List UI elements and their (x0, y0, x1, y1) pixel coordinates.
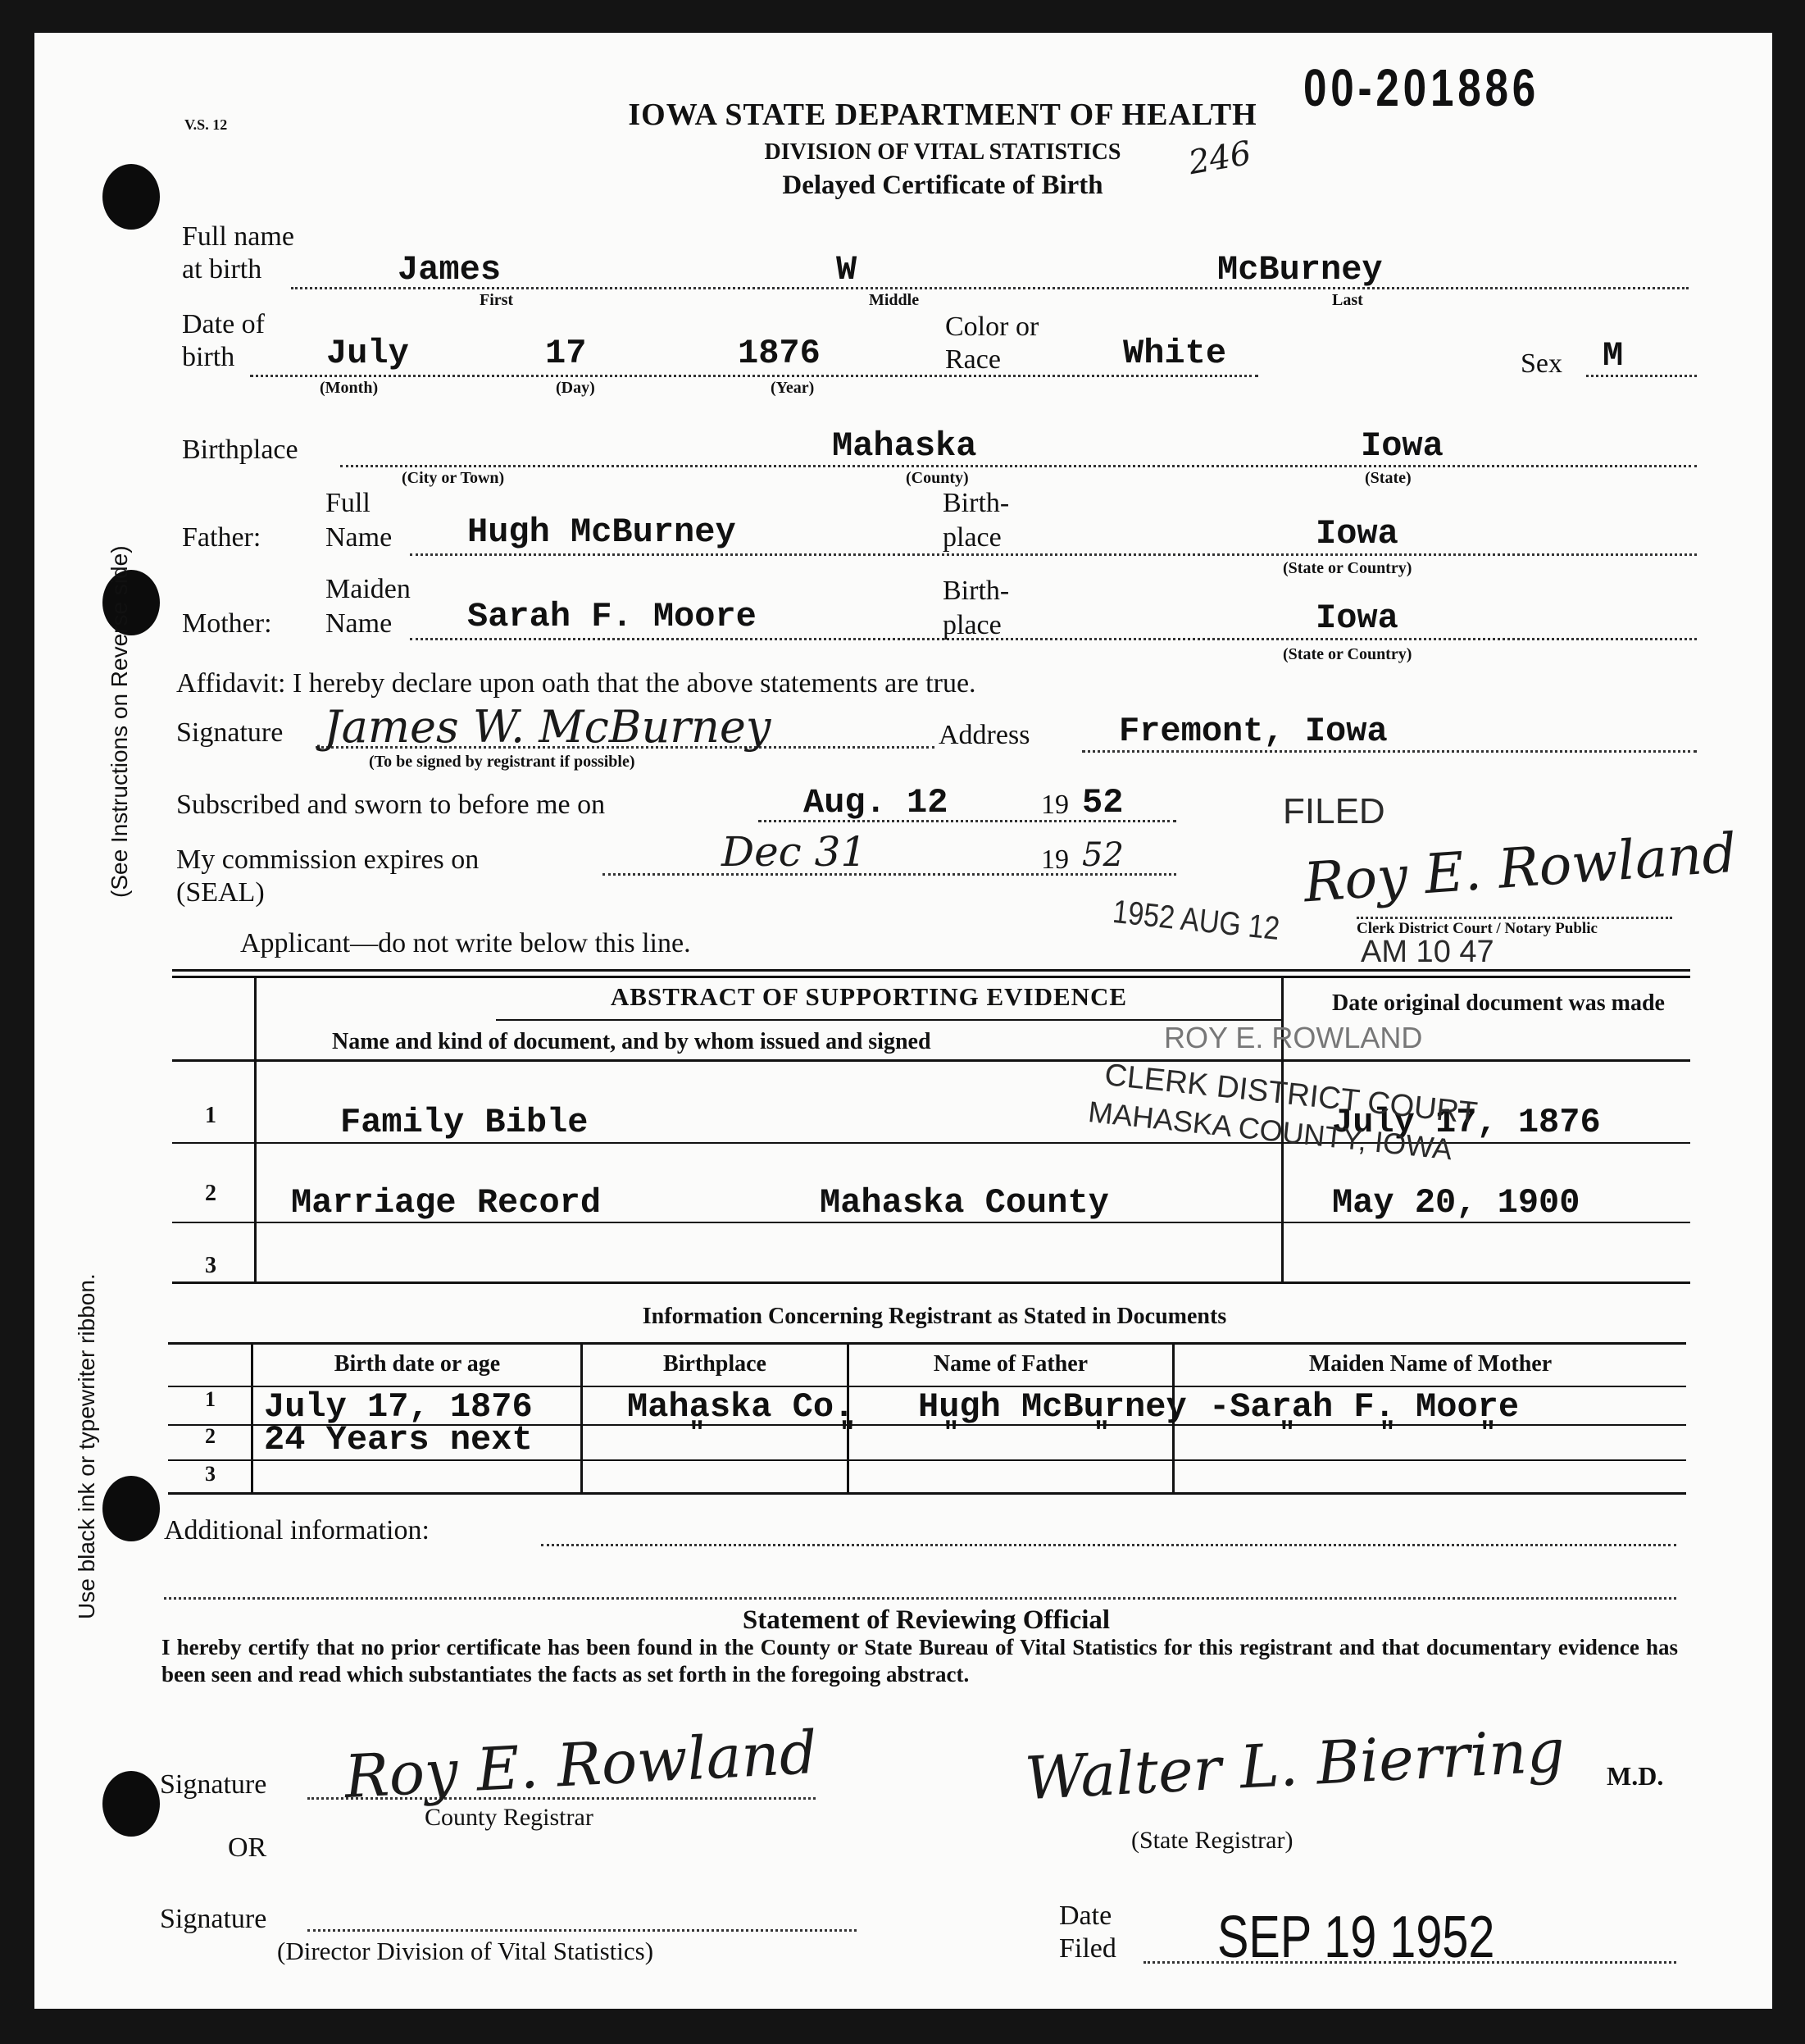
state-caption: (State) (1365, 469, 1412, 488)
first-caption: First (480, 291, 513, 310)
first-name-value: James (398, 250, 501, 289)
registrant-signature: James W. McBurney (324, 701, 771, 753)
abstract-num-col-divider (254, 978, 257, 1281)
or-label: OR (228, 1832, 266, 1864)
dob-label-2: birth (182, 342, 234, 373)
abstract-row-rule (172, 1142, 1690, 1144)
date-filed-value: SEP 19 1952 (1217, 1904, 1494, 1971)
abstract-bottom-rule (172, 1281, 1690, 1284)
mother-name-value: Sarah F. Moore (467, 597, 757, 636)
sworn-year-value: 52 (1082, 783, 1123, 822)
mother-birthplace-label-1: Birth- (943, 576, 1009, 607)
middle-name-value: W (836, 250, 857, 289)
mother-birthplace-label-2: place (943, 610, 1002, 641)
abstract-row-issuer: Mahaska County (820, 1183, 1109, 1222)
applicant-note: Applicant—do not write below this line. (240, 928, 691, 959)
birth-county-value: Mahaska (832, 426, 976, 466)
race-label-1: Color or (945, 312, 1039, 343)
filed-stamp-time: AM 10 47 (1361, 935, 1494, 970)
sworn-label: Subscribed and sworn to before me on (176, 790, 605, 821)
race-label-2: Race (945, 344, 1001, 376)
review-text: I hereby certify that no prior certifica… (161, 1634, 1678, 1688)
state-registrar-caption: (State Registrar) (1131, 1827, 1293, 1855)
sex-label: Sex (1521, 348, 1562, 380)
info-col-father: Name of Father (849, 1351, 1172, 1377)
info-row-num: 2 (205, 1424, 216, 1449)
date-filed-label-1: Date (1059, 1901, 1112, 1932)
sex-value: M (1603, 336, 1623, 376)
punch-hole (102, 1771, 160, 1837)
abstract-col-date: Date original document was made (1332, 990, 1676, 1017)
dob-label-1: Date of (182, 309, 265, 340)
father-line (410, 553, 1697, 556)
info-row-rule (168, 1459, 1686, 1461)
father-label: Father: (182, 522, 261, 553)
clerk-stamp-line-1: ROY E. ROWLAND (1164, 1021, 1422, 1055)
dob-line (250, 375, 1258, 377)
double-rule-bottom (172, 976, 1690, 978)
abstract-title: ABSTRACT OF SUPPORTING EVIDENCE (525, 982, 1213, 1012)
mother-line (410, 638, 1697, 640)
seal-label: (SEAL) (176, 877, 265, 908)
info-row-num: 3 (205, 1462, 216, 1486)
form-code: V.S. 12 (184, 116, 227, 134)
last-name-value: McBurney (1217, 250, 1383, 289)
county-signature-label: Signature (160, 1769, 266, 1800)
mother-name-label-2: Name (325, 608, 392, 640)
birthplace-line (340, 465, 1697, 467)
info-row-num: 1 (205, 1387, 216, 1412)
father-birthplace-caption: (State or Country) (1283, 559, 1412, 578)
document-title: Delayed Certificate of Birth (713, 171, 1172, 201)
sworn-year-prefix: 19 (1041, 790, 1069, 821)
date-filed-label-2: Filed (1059, 1933, 1116, 1964)
filed-stamp: FILED (1283, 791, 1385, 832)
abstract-row-document: Marriage Record (291, 1183, 601, 1222)
director-signature-label: Signature (160, 1904, 266, 1935)
punch-hole (102, 164, 160, 230)
certificate-number: 00-201886 (1303, 57, 1539, 118)
side-note-instructions: (See Instructions on Reverse side) (107, 545, 133, 898)
mother-birthplace-caption: (State or Country) (1283, 645, 1412, 664)
punch-hole (102, 1476, 160, 1541)
day-caption: (Day) (556, 379, 595, 398)
signature-label: Signature (176, 717, 283, 749)
county-registrar-caption: County Registrar (425, 1804, 593, 1832)
abstract-row-num: 1 (205, 1103, 216, 1129)
info-title: Information Concerning Registrant as Sta… (410, 1304, 1459, 1330)
notary-line (1357, 917, 1672, 919)
director-signature-line (307, 1929, 857, 1932)
commission-year-prefix: 19 (1041, 844, 1069, 876)
info-row-mother: " " " (1279, 1418, 1496, 1450)
additional-info-line-2 (164, 1597, 1676, 1600)
father-name-label-1: Full (325, 488, 371, 519)
address-value: Fremont, Iowa (1119, 712, 1388, 751)
certificate-paper (34, 33, 1772, 2009)
birth-state-value: Iowa (1361, 426, 1444, 466)
info-row-father: " " (943, 1418, 1110, 1450)
commission-label: My commission expires on (176, 844, 479, 876)
mother-label: Mother: (182, 608, 272, 640)
abstract-row-date: May 20, 1900 (1332, 1183, 1580, 1222)
agency-title: IOWA STATE DEPARTMENT OF HEALTH (598, 97, 1287, 133)
abstract-row-num: 3 (205, 1253, 216, 1279)
county-caption: (County) (906, 469, 969, 488)
father-name-value: Hugh McBurney (467, 512, 736, 552)
info-row-birth: 24 Years next (264, 1420, 533, 1459)
birth-month-value: July (326, 334, 409, 373)
birth-year-value: 1876 (738, 334, 821, 373)
race-value: White (1123, 334, 1226, 373)
mother-birthplace-value: Iowa (1316, 599, 1398, 638)
abstract-col-document: Name and kind of document, and by whom i… (332, 1029, 931, 1055)
abstract-row-document: Family Bible (340, 1103, 588, 1142)
last-caption: Last (1332, 291, 1363, 310)
father-name-label-2: Name (325, 522, 392, 553)
birth-day-value: 17 (545, 334, 586, 373)
md-label: M.D. (1607, 1761, 1663, 1791)
father-birthplace-label-1: Birth- (943, 488, 1009, 519)
info-col-mother: Maiden Name of Mother (1175, 1351, 1686, 1377)
commission-date-value: Dec 31 (721, 828, 866, 876)
middle-caption: Middle (869, 291, 919, 310)
director-caption: (Director Division of Vital Statistics) (277, 1937, 653, 1966)
city-caption: (City or Town) (402, 469, 504, 488)
abstract-row-rule (172, 1222, 1690, 1223)
affidavit-statement: Affidavit: I hereby declare upon oath th… (176, 668, 976, 699)
commission-year-value: 52 (1082, 836, 1124, 874)
abstract-header-rule (172, 1059, 1690, 1062)
mother-name-label-1: Maiden (325, 574, 411, 605)
info-bottom-rule (168, 1492, 1686, 1495)
info-row-birthplace: " " (689, 1418, 856, 1450)
info-col-birth: Birth date or age (254, 1351, 580, 1377)
month-caption: (Month) (320, 379, 378, 398)
father-birthplace-label-2: place (943, 522, 1002, 553)
additional-info-line (541, 1544, 1676, 1546)
review-title: Statement of Reviewing Official (574, 1605, 1279, 1636)
year-caption: (Year) (771, 379, 814, 398)
info-title-rule (168, 1342, 1686, 1345)
at-birth-label: at birth (182, 254, 261, 285)
sworn-date-value: Aug. 12 (803, 783, 948, 822)
additional-info-label: Additional information: (164, 1515, 430, 1546)
signature-caption: (To be signed by registrant if possible) (369, 753, 634, 772)
birthplace-label: Birthplace (182, 435, 298, 466)
address-label: Address (939, 720, 1030, 751)
full-name-label: Full name (182, 221, 294, 253)
info-col-birthplace: Birthplace (583, 1351, 847, 1377)
division-title: DIVISION OF VITAL STATISTICS (705, 139, 1180, 166)
abstract-row-num: 2 (205, 1181, 216, 1207)
info-col-divider (251, 1345, 253, 1492)
side-note-ink: Use black ink or typewriter ribbon. (74, 1273, 100, 1619)
father-birthplace-value: Iowa (1316, 514, 1398, 553)
double-rule-top (172, 969, 1690, 972)
